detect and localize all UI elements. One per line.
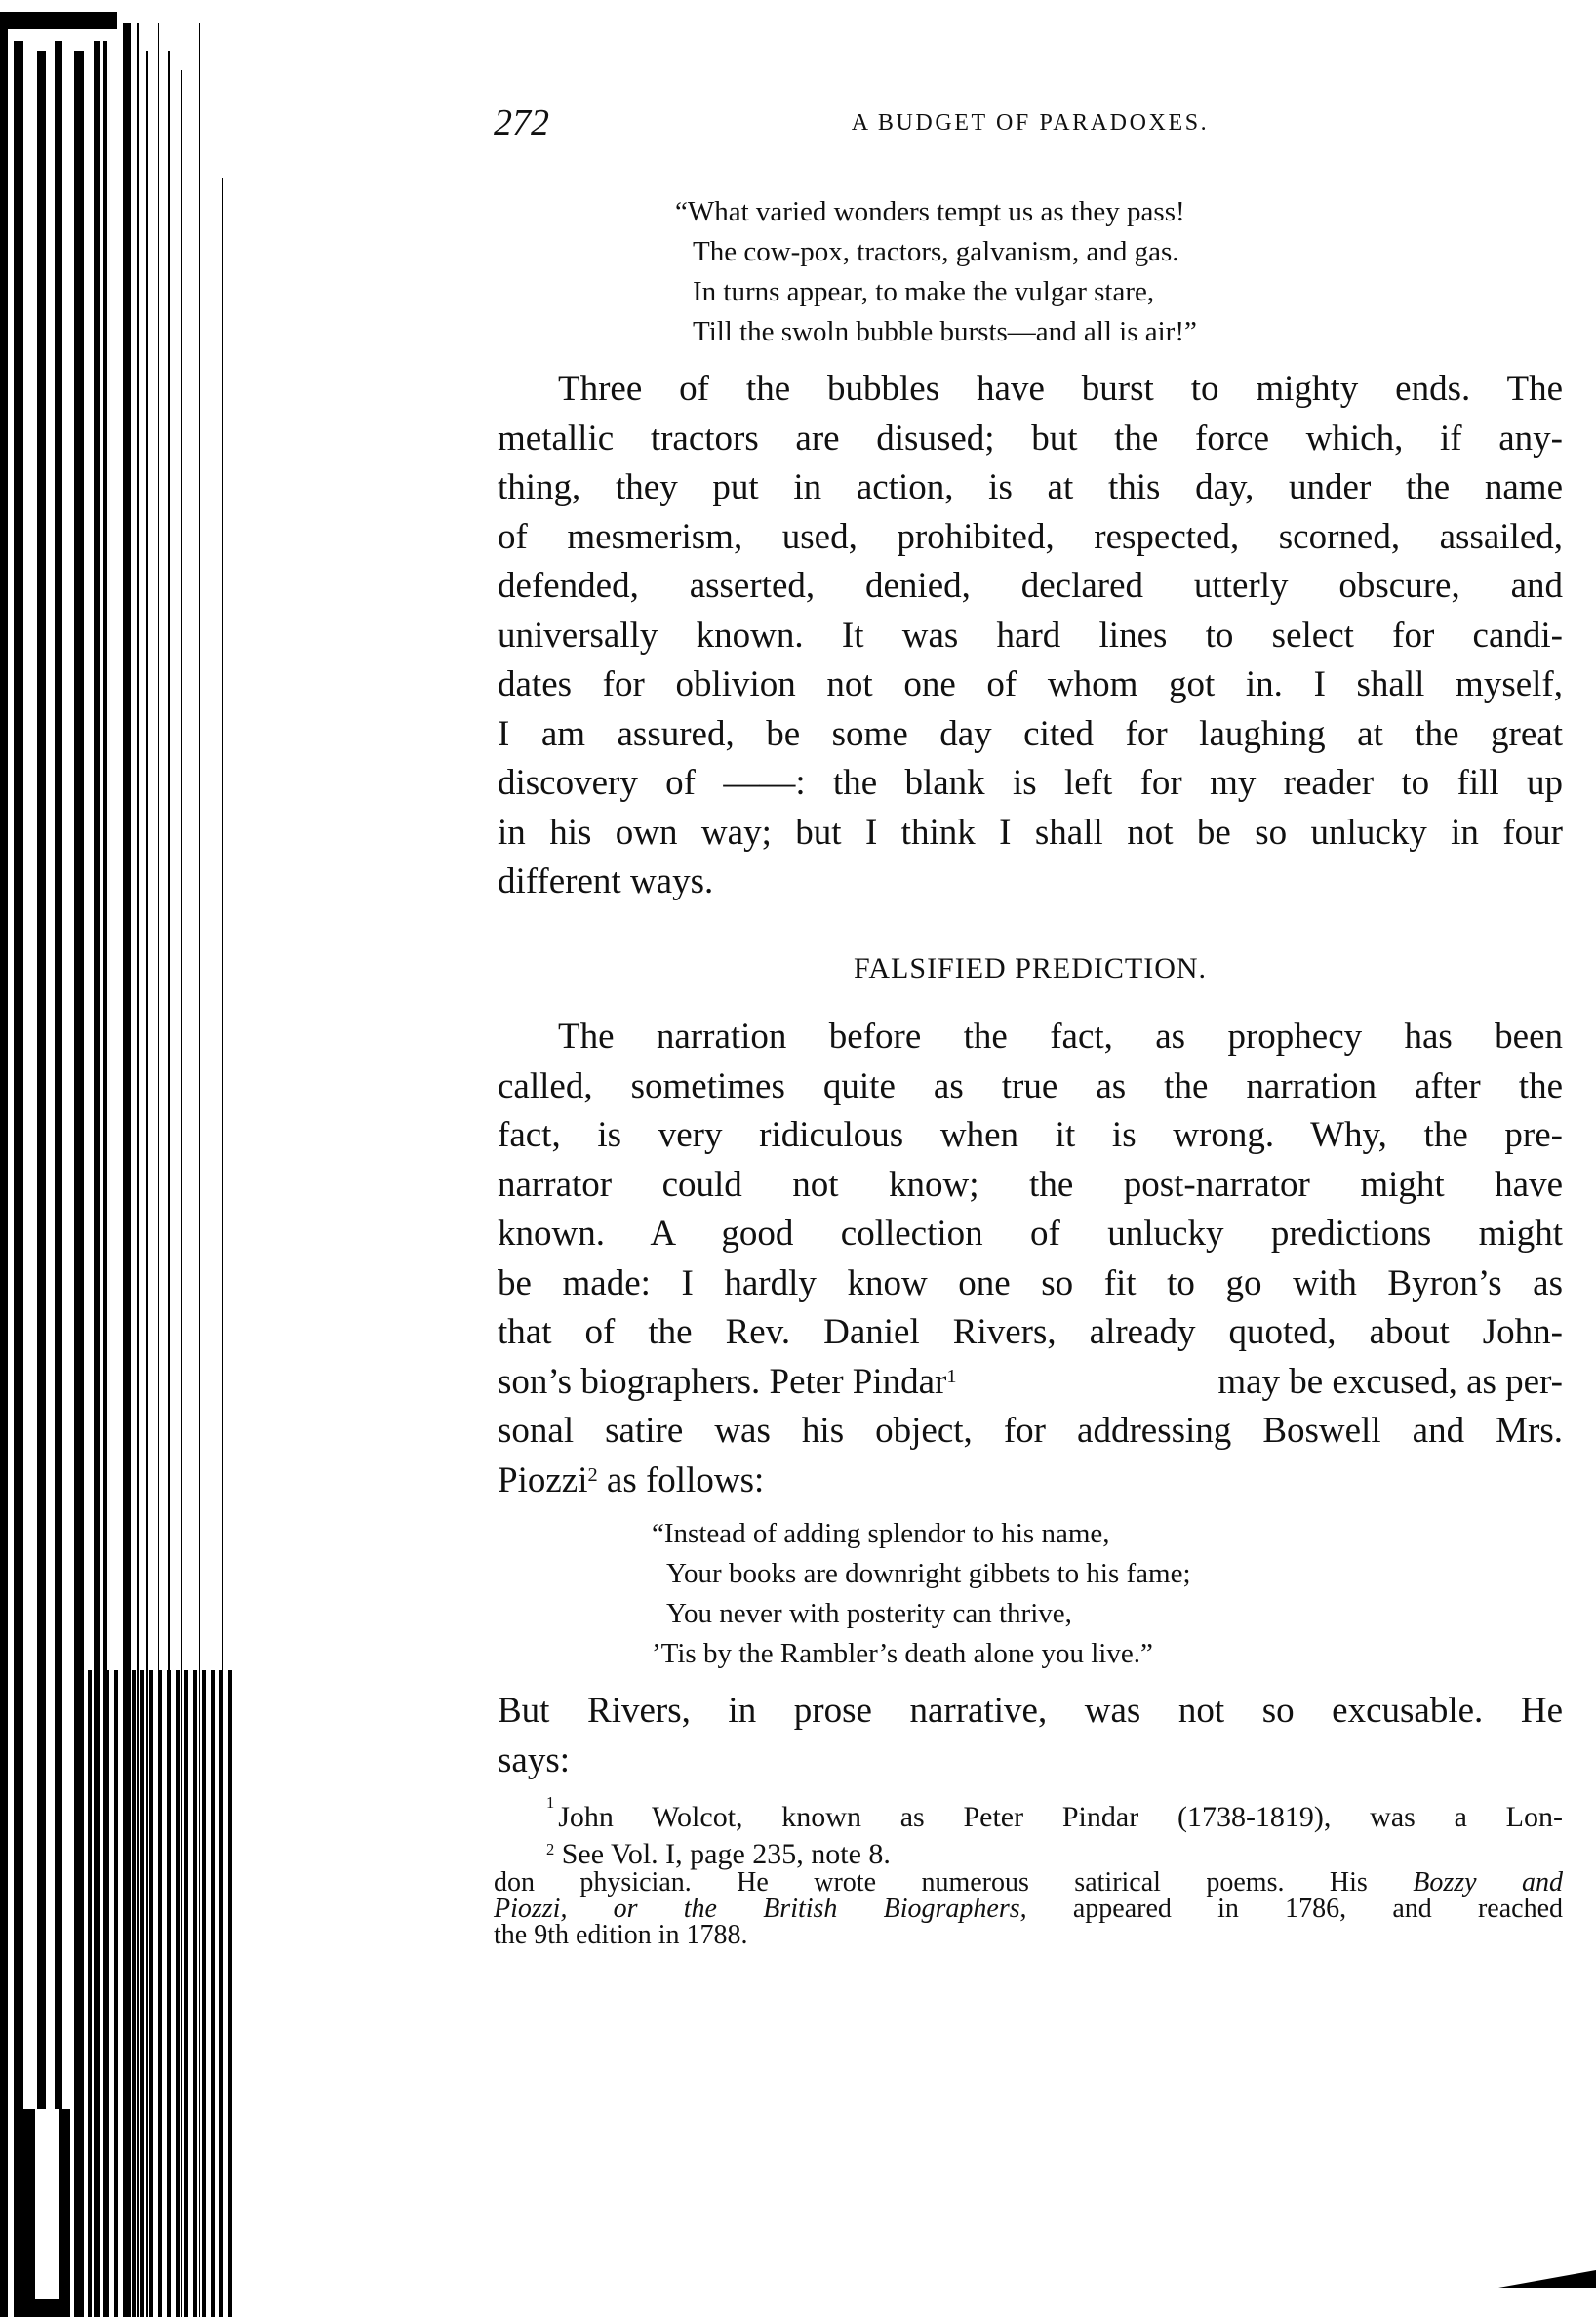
paragraph-line: narrator could not know; the post-narrat… bbox=[498, 1167, 1563, 1203]
text-span: son’s biographers. Peter Pindar bbox=[498, 1362, 946, 1402]
paragraph-line: son’s biographers. Peter Pindar1 may be … bbox=[498, 1364, 1563, 1400]
paragraph-line: But Rivers, in prose narrative, was not … bbox=[498, 1693, 1563, 1729]
poem-line: ’Tis by the Rambler’s death alone you li… bbox=[652, 1640, 1153, 1668]
book-edge-decoration bbox=[0, 12, 239, 2317]
footnote-1-continued: don physician. He wrote numerous satiric… bbox=[494, 1869, 1563, 1897]
poem-line: In turns appear, to make the vulgar star… bbox=[693, 278, 1154, 306]
book-page: 272 A BUDGET OF PARADOXES. “What varied … bbox=[0, 0, 1596, 2317]
text-span: as follows: bbox=[607, 1460, 764, 1500]
paragraph-line: that of the Rev. Daniel Rivers, already … bbox=[498, 1314, 1563, 1350]
paragraph-line: known. A good collection of unlucky pred… bbox=[498, 1216, 1563, 1252]
paragraph-line: of mesmerism, used, prohibited, respecte… bbox=[498, 519, 1563, 555]
footnote-mark: 1 bbox=[546, 1803, 554, 1832]
footnote-mark: 2 bbox=[546, 1840, 554, 1858]
paragraph-line: says: bbox=[498, 1742, 570, 1778]
running-title: A BUDGET OF PARADOXES. bbox=[498, 111, 1563, 135]
paragraph-line-part: may be excused, as per- bbox=[1217, 1364, 1563, 1400]
poem-line: You never with posterity can thrive, bbox=[666, 1600, 1072, 1628]
poem-line: Your books are downright gibbets to his … bbox=[666, 1560, 1191, 1588]
paragraph-line: different ways. bbox=[498, 863, 713, 899]
footnote-2: 2 See Vol. I, page 235, note 8. bbox=[546, 1840, 891, 1869]
paragraph-line: fact, is very ridiculous when it is wron… bbox=[498, 1117, 1563, 1153]
poem-line: “Instead of adding splendor to his name, bbox=[652, 1520, 1110, 1548]
paragraph-line: Piozzi2 as follows: bbox=[498, 1462, 764, 1498]
text-span: appeared in 1786, and reached bbox=[1027, 1894, 1563, 1924]
page-corner-mark bbox=[1498, 2270, 1596, 2288]
paragraph-line: I am assured, be some day cited for laug… bbox=[498, 716, 1563, 752]
paragraph-line: metallic tractors are disused; but the f… bbox=[498, 420, 1563, 457]
paragraph-line: universally known. It was hard lines to … bbox=[498, 618, 1563, 654]
footnote-text: See Vol. I, page 235, note 8. bbox=[562, 1838, 891, 1870]
footnote-text: John Wolcot, known as Peter Pindar (1738… bbox=[558, 1803, 1563, 1832]
paragraph-line: dates for oblivion not one of whom got i… bbox=[498, 666, 1563, 702]
poem-line: Till the swoln bubble bursts—and all is … bbox=[693, 318, 1197, 346]
paragraph-line: Three of the bubbles have burst to might… bbox=[558, 371, 1563, 407]
paragraph-line: defended, asserted, denied, declared utt… bbox=[498, 568, 1563, 604]
footnote-ref-2[interactable]: 2 bbox=[587, 1464, 597, 1486]
poem-line: “What varied wonders tempt us as they pa… bbox=[675, 198, 1185, 226]
paragraph-line: be made: I hardly know one so fit to go … bbox=[498, 1265, 1563, 1301]
footnote-1-continued: the 9th edition in 1788. bbox=[494, 1922, 748, 1949]
footnote-ref-1[interactable]: 1 bbox=[946, 1366, 956, 1387]
paragraph-line: sonal satire was his object, for address… bbox=[498, 1413, 1563, 1449]
paragraph-line: called, sometimes quite as true as the n… bbox=[498, 1068, 1563, 1104]
poem-line: The cow-pox, tractors, galvanism, and ga… bbox=[693, 238, 1179, 266]
paragraph-line: discovery of ——: the blank is left for m… bbox=[498, 765, 1563, 801]
paragraph-line: in his own way; but I think I shall not … bbox=[498, 815, 1563, 851]
paragraph-line: The narration before the fact, as prophe… bbox=[558, 1019, 1563, 1055]
footnote-1-continued: Piozzi, or the British Biographers, appe… bbox=[494, 1896, 1563, 1923]
footnote-1: 1 John Wolcot, known as Peter Pindar (17… bbox=[546, 1803, 1563, 1832]
section-heading: FALSIFIED PREDICTION. bbox=[498, 954, 1563, 983]
text-span: Piozzi bbox=[498, 1460, 587, 1500]
paragraph-line-part: son’s biographers. Peter Pindar1 bbox=[498, 1364, 957, 1400]
paragraph-line: thing, they put in action, is at this da… bbox=[498, 469, 1563, 505]
